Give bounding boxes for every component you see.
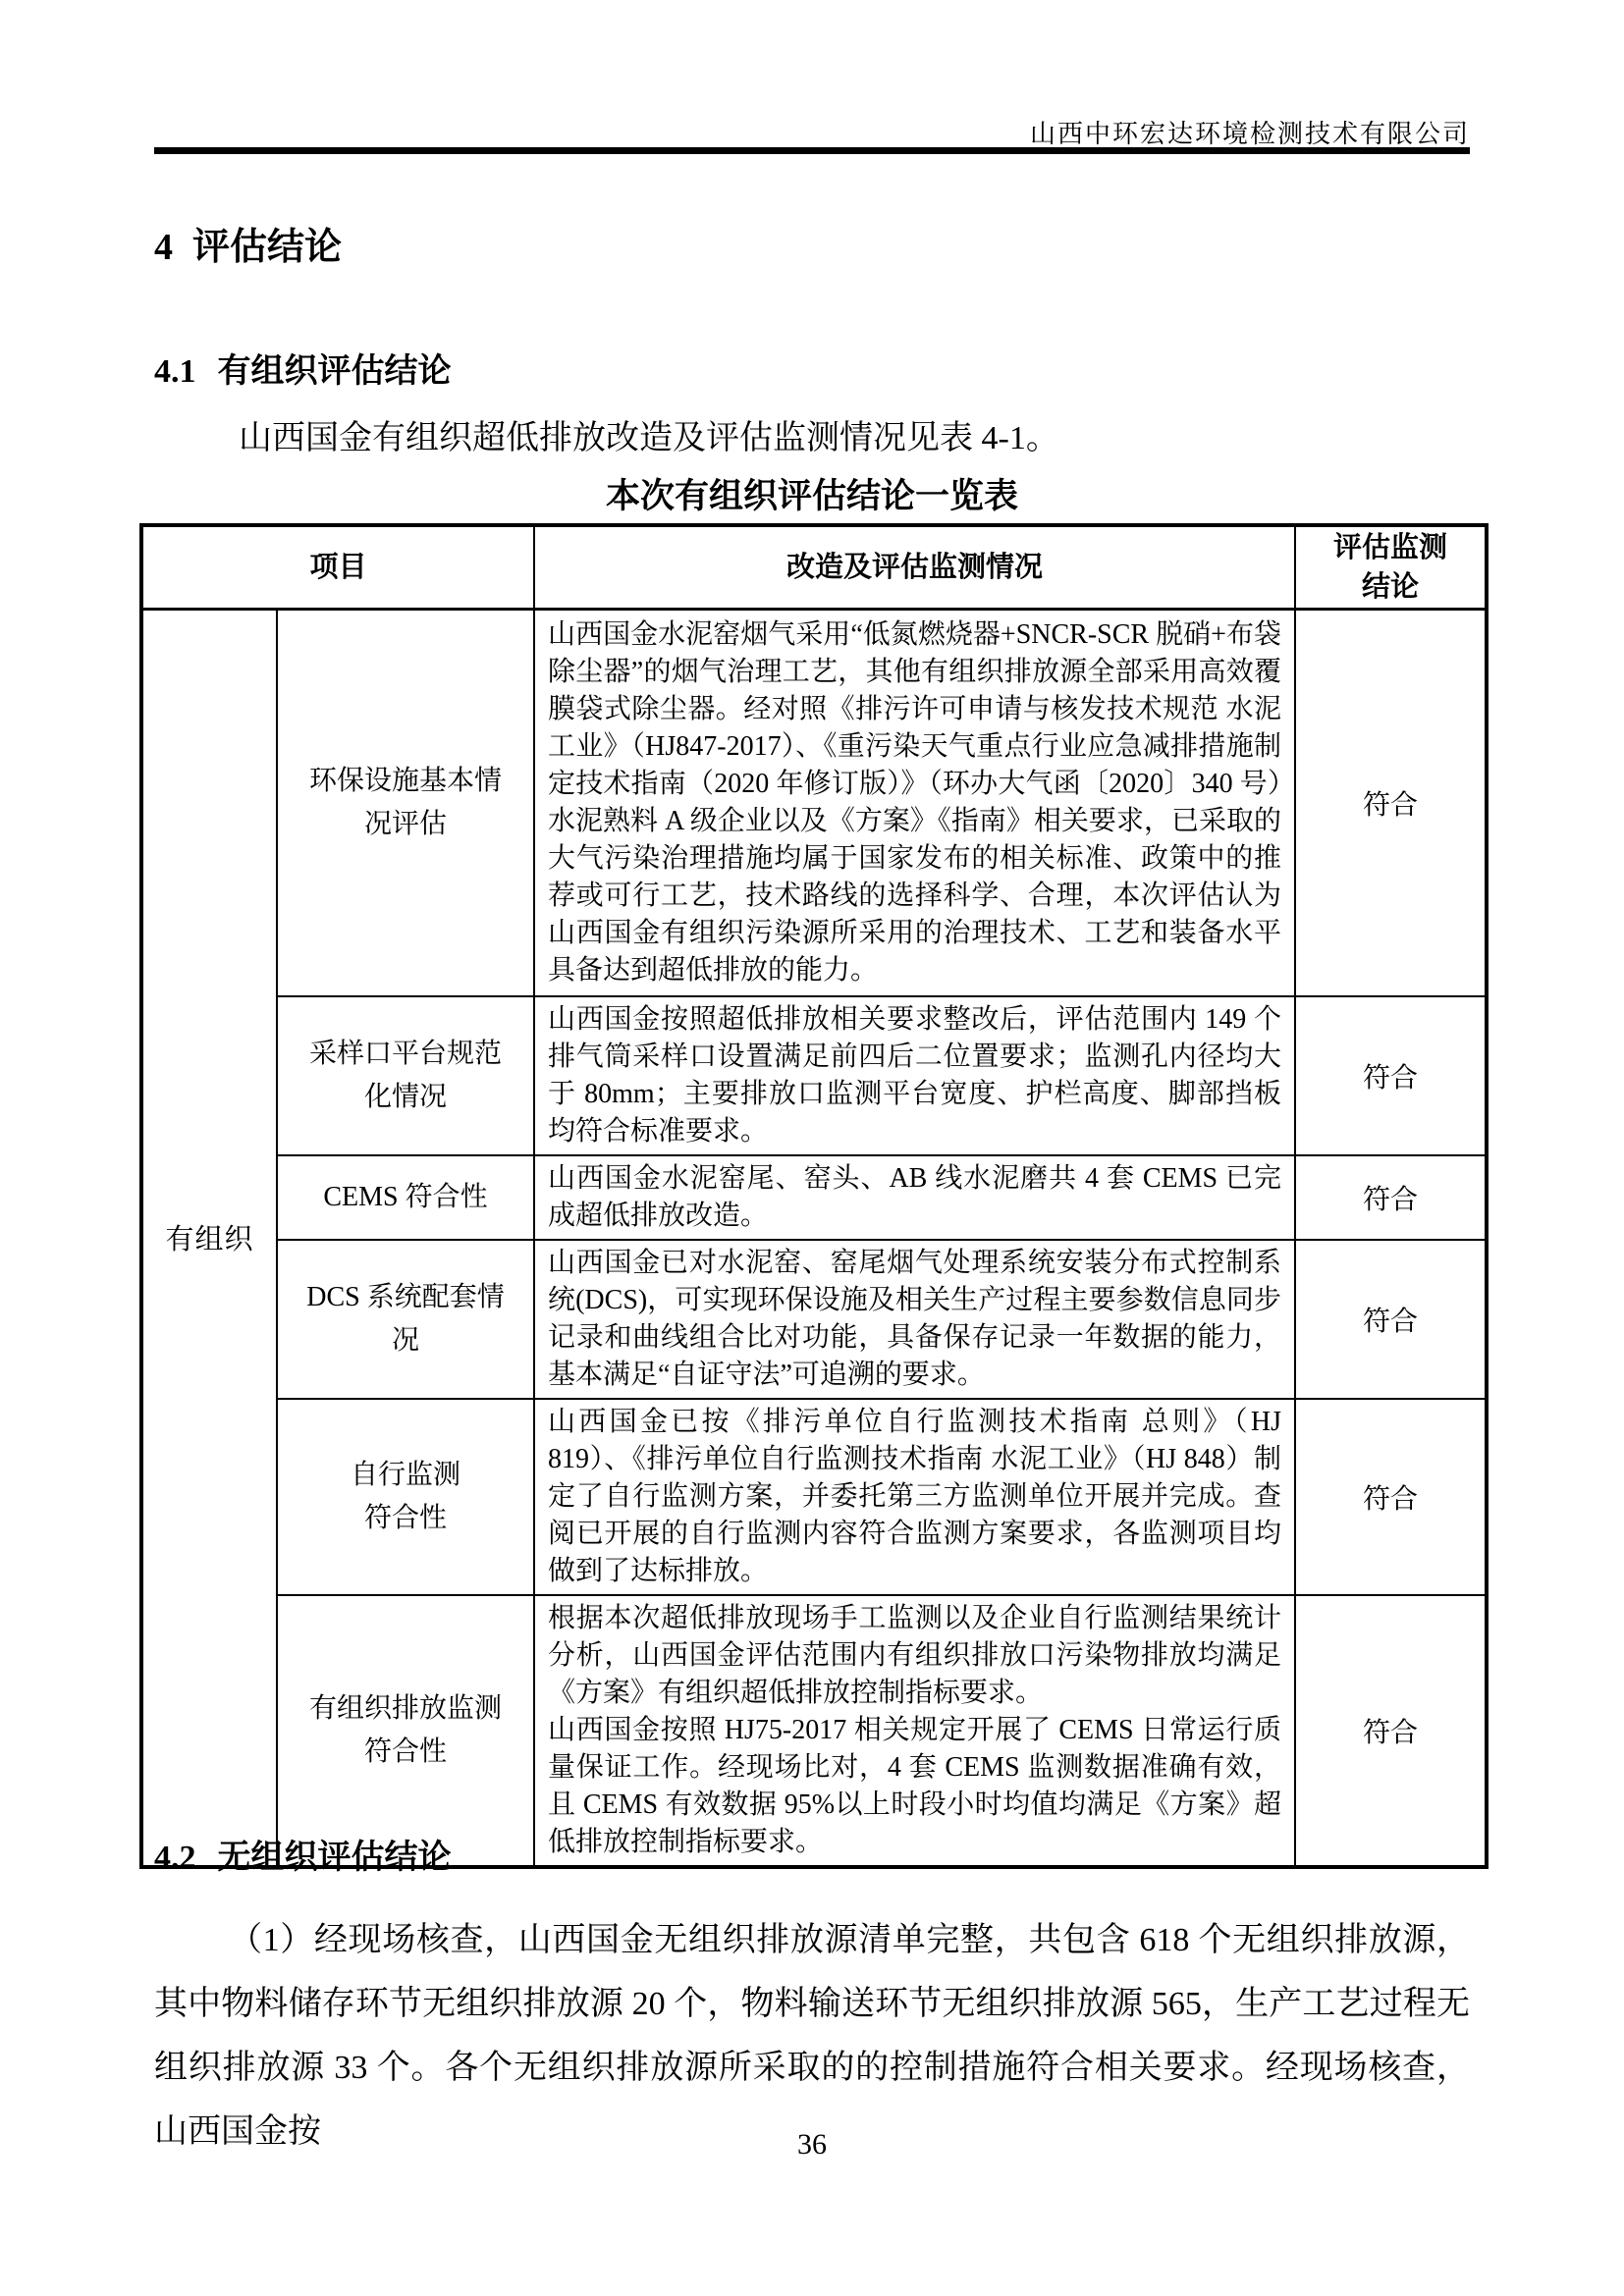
detail-cell: 山西国金已按《排污单位自行监测技术指南 总则》（HJ 819）、《排污单位自行监…	[534, 1399, 1295, 1595]
conclusion-cell: 符合	[1295, 610, 1487, 996]
organized-assessment-table: 项目 改造及评估监测情况 评估监测 结论 有组织 环保设施基本情 况评估 山西国…	[139, 523, 1489, 1869]
column-header-item: 项目	[141, 525, 534, 610]
detail-cell: 根据本次超低排放现场手工监测以及企业自行监测结果统计分析，山西国金评估范围内有组…	[534, 1595, 1295, 1867]
table-title: 本次有组织评估结论一览表	[154, 469, 1470, 518]
group-cell-organized: 有组织	[141, 610, 277, 1867]
section-4-2-paragraph: （1）经现场核查，山西国金无组织排放源清单完整，共包含 618 个无组织排放源，…	[154, 1908, 1470, 2163]
item-cell: 有组织排放监测 符合性	[277, 1595, 534, 1867]
item-cell: DCS 系统配套情 况	[277, 1240, 534, 1399]
detail-cell: 山西国金已对水泥窑、窑尾烟气处理系统安装分布式控制系统(DCS)，可实现环保设施…	[534, 1240, 1295, 1399]
section-4-1-intro-paragraph: 山西国金有组织超低排放改造及评估监测情况见表 4-1。	[154, 416, 1470, 461]
section-4-1-heading: 4.1有组织评估结论	[154, 344, 452, 392]
section-4-1-number: 4.1	[154, 353, 196, 390]
section-4-1-title: 有组织评估结论	[218, 353, 452, 390]
section-4-number: 4	[154, 227, 173, 268]
table-row: 有组织排放监测 符合性 根据本次超低排放现场手工监测以及企业自行监测结果统计分析…	[141, 1595, 1487, 1867]
conclusion-cell: 符合	[1295, 1240, 1487, 1399]
table-row: CEMS 符合性 山西国金水泥窑尾、窑头、AB 线水泥磨共 4 套 CEMS 已…	[141, 1155, 1487, 1240]
conclusion-cell: 符合	[1295, 1155, 1487, 1240]
table-row: 采样口平台规范 化情况 山西国金按照超低排放相关要求整改后，评估范围内 149 …	[141, 996, 1487, 1155]
section-4-title: 评估结论	[192, 227, 342, 268]
item-cell: 环保设施基本情 况评估	[277, 610, 534, 996]
section-4-2-number: 4.2	[154, 1840, 196, 1876]
detail-cell: 山西国金水泥窑烟气采用“低氮燃烧器+SNCR-SCR 脱硝+布袋除尘器”的烟气治…	[534, 610, 1295, 996]
column-header-conclusion: 评估监测 结论	[1295, 525, 1487, 610]
conclusion-cell: 符合	[1295, 996, 1487, 1155]
document-page: 山西中环宏达环境检测技术有限公司 4评估结论 4.1有组织评估结论 山西国金有组…	[0, 0, 1624, 2296]
column-header-detail: 改造及评估监测情况	[534, 525, 1295, 610]
item-cell: 采样口平台规范 化情况	[277, 996, 534, 1155]
conclusion-cell: 符合	[1295, 1595, 1487, 1867]
page-number: 36	[0, 2128, 1624, 2162]
table-header-row: 项目 改造及评估监测情况 评估监测 结论	[141, 525, 1487, 610]
item-cell: 自行监测 符合性	[277, 1399, 534, 1595]
table-row: 有组织 环保设施基本情 况评估 山西国金水泥窑烟气采用“低氮燃烧器+SNCR-S…	[141, 610, 1487, 996]
header-rule	[154, 147, 1470, 154]
section-4-2-title: 无组织评估结论	[218, 1840, 452, 1876]
header-company-name: 山西中环宏达环境检测技术有限公司	[1030, 114, 1470, 150]
item-cell: CEMS 符合性	[277, 1155, 534, 1240]
detail-cell: 山西国金水泥窑尾、窑头、AB 线水泥磨共 4 套 CEMS 已完成超低排放改造。	[534, 1155, 1295, 1240]
table-row: 自行监测 符合性 山西国金已按《排污单位自行监测技术指南 总则》（HJ 819）…	[141, 1399, 1487, 1595]
conclusion-cell: 符合	[1295, 1399, 1487, 1595]
section-4-heading: 4评估结论	[154, 216, 342, 270]
section-4-2-heading: 4.2无组织评估结论	[154, 1830, 452, 1878]
detail-cell: 山西国金按照超低排放相关要求整改后，评估范围内 149 个排气筒采样口设置满足前…	[534, 996, 1295, 1155]
table-row: DCS 系统配套情 况 山西国金已对水泥窑、窑尾烟气处理系统安装分布式控制系统(…	[141, 1240, 1487, 1399]
